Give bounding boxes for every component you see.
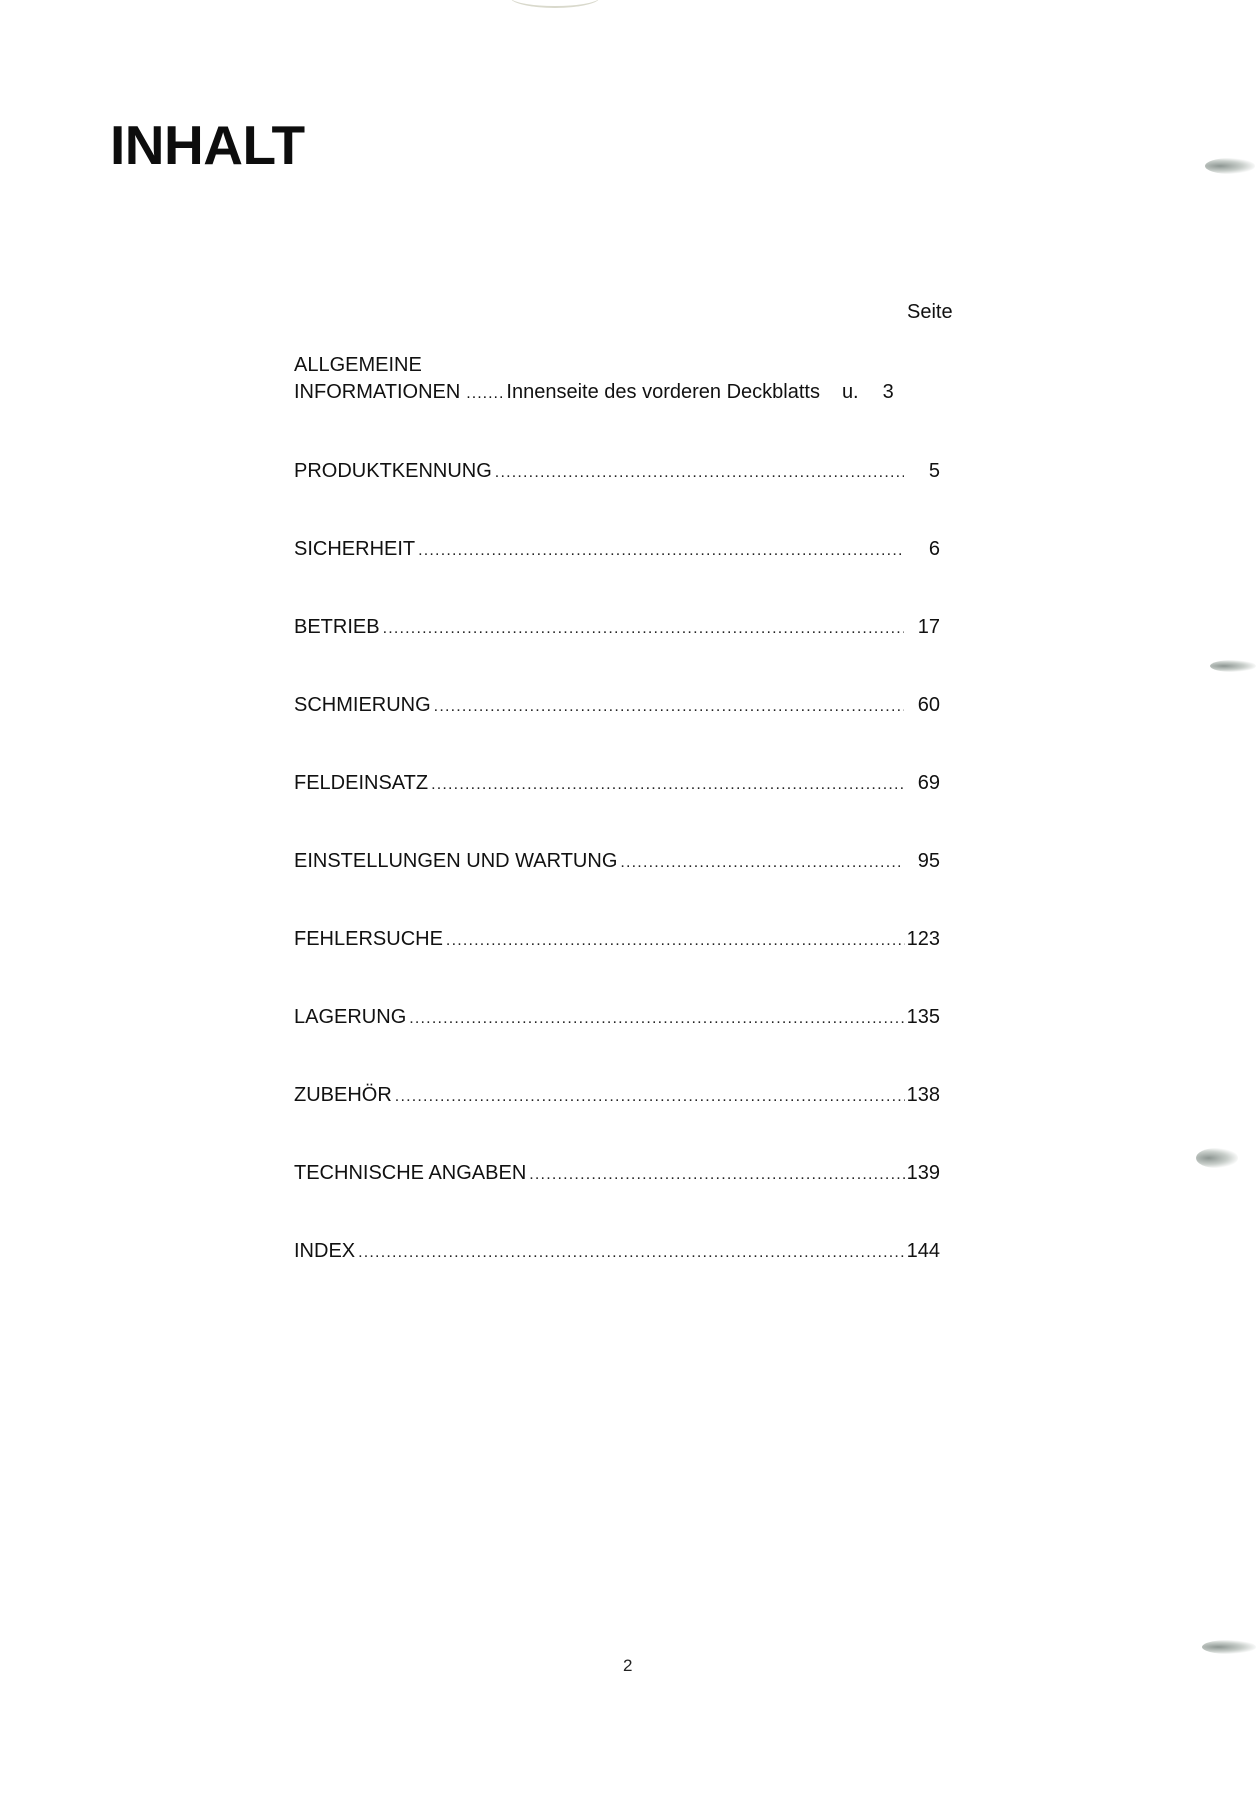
toc-entry-page: 138 [905,1083,940,1107]
toc-entry-label: SICHERHEIT [294,537,418,561]
toc-leader-dots: ........................................… [434,695,904,719]
toc-leader-dots: ........................................… [431,773,904,797]
toc-entry-page: 123 [905,927,940,951]
toc-leader-dots: ........................................… [529,1163,904,1187]
toc-entry-page: 139 [905,1161,940,1185]
toc-entry-label: ZUBEHÖR [294,1083,395,1107]
toc-entry-page: 17 [904,615,940,639]
toc-entry-label-line2: INFORMATIONEN [294,380,460,404]
toc-entry-sublabel: Innenseite des vorderen Deckblatts [504,380,820,404]
toc-entry-label: SCHMIERUNG [294,693,434,717]
scan-artifact-smudge [1205,158,1255,174]
toc-leader-dots: ........................................… [495,461,904,485]
toc-leader-dots: ....... [466,382,504,406]
toc-entry-page: 135 [905,1005,940,1029]
toc-entry[interactable]: ZUBEHÖR.................................… [294,1083,940,1107]
toc-entry-label: BETRIEB [294,615,383,639]
toc-entry-page: 6 [904,537,940,561]
toc-entry[interactable]: TECHNISCHE ANGABEN......................… [294,1161,940,1185]
page-column-header: Seite [907,302,953,322]
toc-entry-page: 60 [904,693,940,717]
scan-artifact-smudge [1210,660,1256,672]
toc-leader-dots: ........................................… [409,1007,904,1031]
scan-artifact-smudge [1202,1640,1256,1654]
toc-entry-general-information[interactable]: ALLGEMEINE INFORMATIONEN ....... Innense… [294,353,940,404]
toc-entry[interactable]: EINSTELLUNGEN UND WARTUNG...............… [294,849,940,873]
toc-entry[interactable]: SICHERHEIT..............................… [294,537,940,561]
toc-leader-dots: ........................................… [418,539,904,563]
toc-leader-dots: ........................................… [383,617,904,641]
toc-entry-page: 144 [905,1239,940,1263]
toc-entry-page: 95 [904,849,940,873]
toc-entry-label: TECHNISCHE ANGABEN [294,1161,529,1185]
toc-leader-dots: ........................................… [620,851,904,875]
toc-entry-label: FEHLERSUCHE [294,927,446,951]
toc-leader-dots: ........................................… [395,1085,905,1109]
toc-entry[interactable]: INDEX...................................… [294,1239,940,1263]
toc-entry-label-line1: ALLGEMEINE [294,353,422,377]
page-title: INHALT [110,118,305,173]
toc-entry-page: 5 [904,459,940,483]
toc-entry[interactable]: PRODUKTKENNUNG..........................… [294,459,940,483]
scan-artifact-staple-mark [510,0,600,8]
toc-entry-label: INDEX [294,1239,358,1263]
toc-entry-label: FELDEINSATZ [294,771,431,795]
toc-entry-page: 3 [883,380,894,404]
toc-entry[interactable]: FELDEINSATZ.............................… [294,771,940,795]
scan-artifact-smudge [1196,1148,1238,1168]
toc-entry-label: EINSTELLUNGEN UND WARTUNG [294,849,620,873]
toc-leader-dots: ........................................… [358,1241,905,1265]
toc-entry-label: PRODUKTKENNUNG [294,459,495,483]
toc-entry-label: LAGERUNG [294,1005,409,1029]
toc-entry-page: 69 [904,771,940,795]
toc-entry-conjunction: u. [842,380,859,404]
toc-entry[interactable]: SCHMIERUNG..............................… [294,693,940,717]
toc-entry[interactable]: FEHLERSUCHE.............................… [294,927,940,951]
toc-entry[interactable]: BETRIEB.................................… [294,615,940,639]
page-number: 2 [623,1657,632,1674]
toc-leader-dots: ........................................… [446,929,905,953]
toc-entry[interactable]: LAGERUNG................................… [294,1005,940,1029]
